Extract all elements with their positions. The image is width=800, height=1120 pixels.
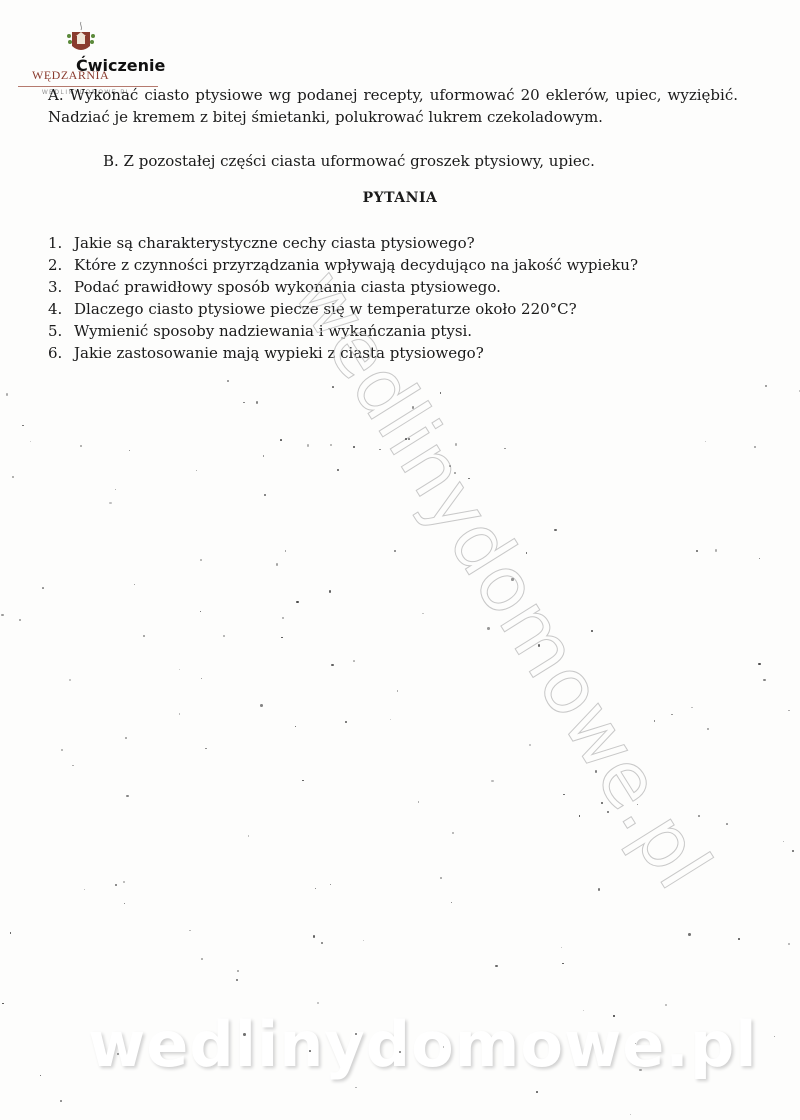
question-text: Które z czynności przyrządzania wpływają… [74, 254, 748, 276]
exercise-item-b: B. Z pozostałej części ciasta uformować … [48, 150, 793, 172]
question-text: Jakie są charakterystyczne cechy ciasta … [74, 232, 748, 254]
bottom-watermark: wedlinydomowe.pl [88, 1008, 757, 1081]
question-item: 1.Jakie są charakterystyczne cechy ciast… [48, 232, 748, 254]
question-number: 2. [48, 254, 74, 276]
question-item: 3.Podać prawidłowy sposób wykonania cias… [48, 276, 748, 298]
question-item: 4.Dlaczego ciasto ptysiowe piecze się w … [48, 298, 748, 320]
question-number: 5. [48, 320, 74, 342]
question-number: 1. [48, 232, 74, 254]
question-number: 4. [48, 298, 74, 320]
question-number: 6. [48, 342, 74, 364]
question-text: Dlaczego ciasto ptysiowe piecze się w te… [74, 298, 748, 320]
exercise-heading: Ćwiczenie [76, 56, 165, 75]
site-logo: WĘDZARNIA WEDLINYDOMOWE.PL [14, 6, 142, 96]
exercise-item-a: A. Wykonać ciasto ptysiowe wg podanej re… [48, 84, 738, 128]
questions-title: PYTANIA [0, 190, 800, 206]
question-item: 2.Które z czynności przyrządzania wpływa… [48, 254, 748, 276]
question-text: Wymienić sposoby nadziewania i wykańczan… [74, 320, 748, 342]
smokehouse-emblem-icon [66, 20, 96, 56]
question-text: Podać prawidłowy sposób wykonania ciasta… [74, 276, 748, 298]
question-number: 3. [48, 276, 74, 298]
